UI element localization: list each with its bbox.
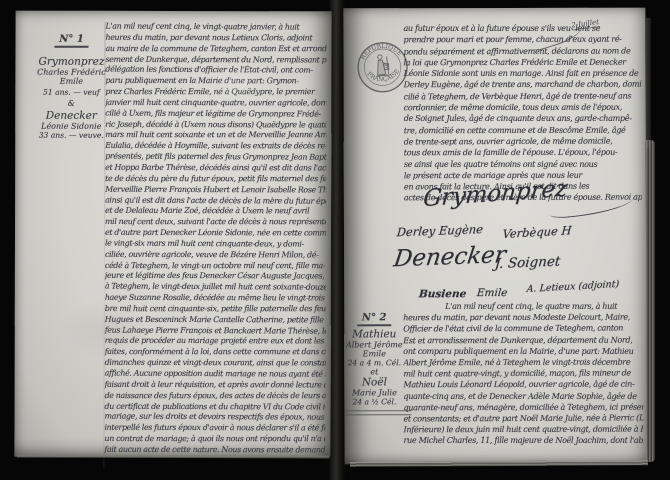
manuscript-line: et d'autre part Denecker Léonie Sidonie,…: [105, 228, 326, 239]
manuscript-line: heures du matin, par devant nous Letieux…: [105, 33, 326, 44]
manuscript-line: se ainsi que les quatre témoins ont sign…: [404, 158, 642, 169]
manuscript-line: te de décès du père du futur époux, peti…: [105, 174, 326, 185]
act1-number: N° 1: [54, 34, 89, 48]
manuscript-line: haeye Suzanne Rosalie, décédée au même l…: [105, 293, 326, 304]
manuscript-line: quarante-neuf ans, ménagère, domiciliée …: [403, 401, 643, 413]
act1-bride-surname: Denecker: [33, 110, 109, 122]
manuscript-line: dimanches quinze et vingt-deux courant, …: [105, 358, 326, 369]
manuscript-line: Derley Eugène, âgé de trente ans, marcha…: [404, 79, 642, 91]
manuscript-line: et consentants; et d'autre part Noël Mar…: [403, 412, 643, 424]
act1-groom-firstnames2: Emile: [33, 77, 109, 86]
signature-bride: Denecker: [392, 242, 507, 272]
act1-continuation-text: au futur époux et à la future épouse s'i…: [403, 23, 641, 204]
manuscript-line: ciliée, ouvrière agricole, veuve de Bézé…: [105, 250, 326, 261]
manuscript-line: bre mil huit cent cinquante-six, petite …: [105, 304, 326, 315]
act2-bride-surname: Noël: [345, 376, 403, 388]
page-edge-bottom-left: [17, 454, 329, 458]
manuscript-line: Officier de l'état civil de la commune d…: [403, 323, 643, 335]
act2-number: N° 2: [357, 312, 392, 326]
act1-bride-age: 33 ans. — veuve.: [33, 131, 109, 140]
act2-et-label: et: [345, 367, 403, 376]
manuscript-line: Est et arrondissement de Dunkerque, dépa…: [403, 334, 643, 346]
act1-body-text: L'an mil neuf cent cinq, le vingt-quatre…: [104, 22, 326, 456]
manuscript-line: paru publiquement en la Mairie d'une par…: [105, 76, 326, 87]
manuscript-line: quante-cinq ans, et de Denecker Adèle Ma…: [403, 391, 643, 402]
manuscript-line: requis de procéder au mariage projeté en…: [105, 336, 326, 347]
manuscript-line: prendre pour mari et pour femme, chacun …: [403, 34, 641, 46]
manuscript-line: tre, domicilié en cette commune et de Be…: [404, 124, 642, 136]
register-scan: N° 1 Grymonprez Charles Frédéric Emile 5…: [0, 0, 670, 480]
manuscript-line: au futur époux et à la future épouse s'i…: [403, 23, 641, 34]
manuscript-line: pondu séparément et affirmativement, déc…: [403, 45, 641, 57]
act1-groom-firstnames: Charles Frédéric: [33, 68, 109, 77]
act2-bride-age: 24 a ½ Cél.: [345, 397, 403, 406]
manuscript-line: tous deux amis de la famille de l'épouse…: [404, 147, 642, 159]
manuscript-line: à Teteghem, le vingt-deux juillet mil hu…: [105, 282, 326, 294]
manuscript-line: ainsi qu'il est dit dans l'acte de décès…: [105, 195, 326, 207]
manuscript-line: la loi que Grymonprez Charles Frédéric E…: [404, 57, 642, 69]
manuscript-line: Hugues et Besceninck Marie Cantelle Cath…: [105, 315, 326, 326]
register-page-left: N° 1 Grymonprez Charles Frédéric Emile 5…: [14, 11, 331, 458]
act1-bride-firstnames: Léonie Sidonie: [33, 122, 109, 131]
manuscript-line: au maire de la commune de Teteghem, cant…: [105, 44, 326, 55]
act1-groom-surname: Grymonprez: [33, 56, 109, 68]
manuscript-line: mariage, sur les droits et devoirs respe…: [104, 412, 325, 424]
manuscript-line: feus Lahaeye Pierre François et Banckaer…: [105, 325, 326, 337]
manuscript-line: affiché. Aucune opposition audit mariage…: [105, 369, 326, 381]
manuscript-line: janvier mil huit cent cinquante-quatre, …: [105, 98, 326, 109]
act2-groom-surname: Mathieu: [345, 328, 403, 340]
manuscript-line: mil huit cent quatre-vingt, y domicilié,…: [403, 368, 643, 380]
manuscript-line: L'an mil neuf cent cinq, le vingt-quatre…: [106, 22, 327, 34]
act2-body-text: L'an mil neuf cent cinq, le quatre mars,…: [403, 301, 643, 447]
manuscript-line: mars mil huit cent soixante et un et de …: [105, 130, 326, 141]
signature-officer-letieux: A. Letieux (adjoint): [526, 279, 619, 295]
margin-closing-rule: [345, 410, 411, 415]
manuscript-line: rue Michel Charles, 11, fille majeure de…: [404, 435, 644, 446]
margin-note-act1: N° 1 Grymonprez Charles Frédéric Emile 5…: [33, 27, 109, 140]
manuscript-line: un contrat de mariage; à quoi ils nous o…: [104, 434, 325, 445]
act2-groom-firstnames: Albert Jérôme: [345, 340, 403, 349]
signature-witness-soignet: J. Soignet: [494, 253, 561, 272]
manuscript-line: ont comparu publiquement en la Mairie, d…: [403, 346, 643, 357]
act1-groom-age: 51 ans. — veuf: [33, 88, 109, 97]
manuscript-line: et de Delaleau Marie Zoé, décédée à Uxem…: [105, 206, 326, 217]
act2-bride-firstnames: Marie Julie: [345, 388, 403, 397]
manuscript-line: prez Charles Frédéric Emile, né à Quaëdy…: [105, 87, 326, 98]
manuscript-line: Léonie Sidonie sont unis en mariage. Ain…: [404, 68, 642, 79]
act1-ampersand: &: [33, 99, 109, 108]
manuscript-line: le vingt-six mars mil huit cent cinquant…: [105, 238, 326, 250]
manuscript-line: Merveillie Pierre François Hubert et Len…: [105, 184, 326, 195]
manuscript-line: Mathieu Louis Léonard Léopold, ouvrier a…: [403, 379, 643, 391]
act2-groom-age: 24 a 4 m. Cél.: [345, 358, 403, 367]
manuscript-line: de trente-sept ans, ouvrier agricole, de…: [404, 135, 642, 147]
manuscript-line: délégation les fonctions d'officier de l…: [105, 65, 326, 77]
manuscript-line: de naissance des futurs époux, des actes…: [105, 391, 326, 402]
manuscript-line: cédé à Teteghem, le vingt-un octobre mil…: [105, 261, 326, 272]
manuscript-line: cilié à Teteghem, de Verbèque Henri, âgé…: [404, 90, 642, 102]
manuscript-line: L'an mil neuf cent cinq, le quatre mars,…: [403, 301, 643, 312]
act2-groom-firstnames2: Emile: [345, 349, 403, 358]
signature-witness-busiene: Busiene: [418, 288, 467, 300]
signature-witness-emile: Emile: [476, 287, 508, 299]
manuscript-line: faites, conformément à la loi, dans cett…: [105, 347, 326, 358]
page-stack-edge-bottom-right: [350, 460, 648, 467]
manuscript-line: de Soignet Jules, âgé de cinquante deux …: [404, 113, 642, 124]
manuscript-line: Inférieure) le deux juin mil huit cent q…: [403, 424, 643, 436]
page-stack-edge-top: [646, 18, 651, 148]
margin-note-act2: N° 2 Mathieu Albert Jérôme Emile 24 a 4 …: [345, 305, 403, 411]
manuscript-line: interpellé les futurs époux d'avoir à no…: [104, 423, 325, 434]
manuscript-line: cordonnier, de même domicile, tous deux …: [404, 102, 642, 114]
page-stack-edge-right: [646, 140, 655, 462]
manuscript-line: cilié à Uxem, fils majeur et légitime de…: [105, 108, 326, 120]
manuscript-line: faisant droit à leur réquisition, et apr…: [105, 380, 326, 391]
manuscript-line: mil neuf cent deux, suivant l'acte de dé…: [105, 217, 326, 228]
manuscript-line: et Hoppa Barbe Thérèse, décédés ainsi qu…: [105, 163, 326, 174]
signature-witness-verbeque: Verbèque H: [502, 223, 572, 241]
manuscript-line: présentés, petit fils paternel des feus …: [105, 152, 326, 164]
register-page-right: RÉPUBLIQUE FRANÇAISE 2 Juillet au futur …: [343, 8, 646, 465]
signature-witness-derley: Derley Eugène: [396, 222, 484, 239]
